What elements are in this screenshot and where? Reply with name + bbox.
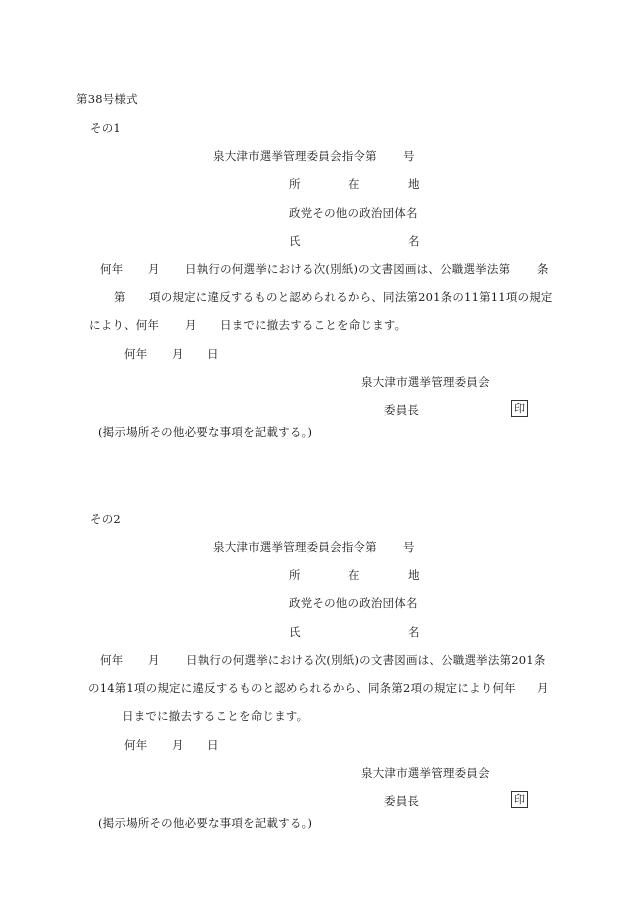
date-year: 何年 bbox=[124, 347, 147, 361]
body-month: 月 bbox=[148, 262, 160, 276]
date-day: 日 bbox=[207, 347, 219, 361]
order-number-prefix: 泉大津市選挙管理委員会指令第 bbox=[213, 149, 377, 163]
body-month-2: 月 bbox=[185, 318, 197, 332]
body-year: 何年 bbox=[100, 653, 123, 667]
address-label-2: 在 bbox=[348, 568, 360, 582]
body-text-line-2: 項の規定に違反するものと認められるから、同法第201条の11第11項の規定 bbox=[149, 290, 553, 304]
body-prefix: 第 bbox=[114, 290, 126, 304]
party-name-label: 政党その他の政治団体名 bbox=[289, 596, 418, 610]
body-tail: 日までに撤去することを命じます。 bbox=[220, 318, 406, 332]
name-label-1: 氏 bbox=[289, 625, 301, 639]
issuer: 泉大津市選挙管理委員会 bbox=[361, 766, 490, 780]
body-text-line-2: の14第1項の規定に違反するものと認められるから、同条第2項の規定により何年 bbox=[88, 681, 516, 695]
body-text-line-3: により、何年 bbox=[89, 318, 159, 332]
note: (掲示場所その他必要な事項を記載する。) bbox=[98, 816, 312, 830]
address-label-3: 地 bbox=[408, 177, 420, 191]
name-label-2: 名 bbox=[408, 234, 420, 248]
seal-stamp: 印 bbox=[511, 400, 528, 417]
address-label-1: 所 bbox=[289, 568, 301, 582]
section-label: その1 bbox=[90, 121, 121, 135]
body-text-line-1: 日執行の何選挙における次(別紙)の文書図画は、公職選挙法第 bbox=[185, 262, 510, 276]
issuer: 泉大津市選挙管理委員会 bbox=[361, 375, 490, 389]
chair-title: 委員長 bbox=[384, 794, 419, 808]
body-text-line-1: 日執行の何選挙における次(別紙)の文書図画は、公職選挙法第201条 bbox=[186, 653, 546, 667]
document-page: 第38号様式 その1 泉大津市選挙管理委員会指令第 号 所 在 地 政党その他の… bbox=[0, 0, 630, 915]
party-name-label: 政党その他の政治団体名 bbox=[289, 206, 418, 220]
body-article: 条 bbox=[537, 262, 549, 276]
body-month: 月 bbox=[148, 653, 160, 667]
order-number-suffix: 号 bbox=[403, 540, 415, 554]
order-number-prefix: 泉大津市選挙管理委員会指令第 bbox=[213, 540, 377, 554]
chair-title: 委員長 bbox=[384, 403, 419, 417]
section-label: その2 bbox=[90, 512, 121, 526]
seal-stamp: 印 bbox=[511, 791, 528, 808]
body-month-2: 月 bbox=[537, 681, 549, 695]
body-year: 何年 bbox=[100, 262, 123, 276]
body-text-line-3: 日までに撤去することを命じます。 bbox=[122, 709, 308, 723]
address-label-3: 地 bbox=[408, 568, 420, 582]
form-number: 第38号様式 bbox=[76, 92, 138, 106]
note: (掲示場所その他必要な事項を記載する。) bbox=[98, 425, 312, 439]
address-label-1: 所 bbox=[289, 177, 301, 191]
date-day: 日 bbox=[207, 738, 219, 752]
name-label-1: 氏 bbox=[289, 234, 301, 248]
date-month: 月 bbox=[172, 738, 184, 752]
date-month: 月 bbox=[172, 347, 184, 361]
address-label-2: 在 bbox=[348, 177, 360, 191]
date-year: 何年 bbox=[124, 738, 147, 752]
order-number-suffix: 号 bbox=[403, 149, 415, 163]
name-label-2: 名 bbox=[408, 625, 420, 639]
